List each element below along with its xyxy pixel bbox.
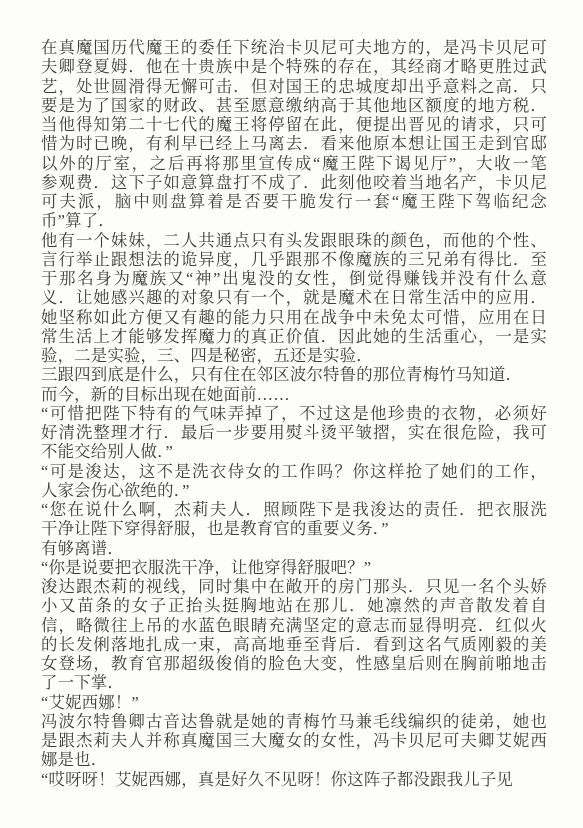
text-line: 艺，处世圆滑得无懈可击．但对国王的忠城度却出乎意料之高．只 <box>41 77 547 96</box>
text-line: 验，二是实验，三、四是秘密，五还是实验． <box>41 346 547 365</box>
text-line: 有够离谱． <box>41 539 547 558</box>
text-line: 冯波尔特鲁卿古音达鲁就是她的青梅竹马兼毛线编织的徒弟，她也 <box>41 712 547 731</box>
text-line: 而今，新的目标出现在她面前…… <box>41 385 547 404</box>
paragraph: “你是说要把衣服洗干净，让他穿得舒服吧？” <box>41 558 547 577</box>
text-line: 浚达跟杰莉的视线，同时集中在敞开的房门那头．只见一名个头娇 <box>41 577 547 596</box>
text-line: 人家会伤心欲绝的．” <box>41 481 547 500</box>
text-line: 义．让她感兴趣的对象只有一个，就是魔术在日常生活中的应用． <box>41 288 547 307</box>
text-line: 币”算了． <box>41 211 547 230</box>
text-line: 是跟杰莉夫人并称真魔国三大魔女的女性，冯卡贝尼可夫卿艾妮西 <box>41 731 547 750</box>
paragraph: “艾妮西娜！” <box>41 693 547 712</box>
paragraph: “可惜把陛下特有的气味弄掉了，不过这是他珍贵的衣物，必须好好清洗整理才行．最后一… <box>41 404 547 462</box>
text-line: “你是说要把衣服洗干净，让他穿得舒服吧？” <box>41 558 547 577</box>
text-line: “哎呀呀！艾妮西娜，真是好久不见呀！你这阵子都没跟我儿子见 <box>41 770 547 789</box>
text-line: 要是为了国家的财政、甚至愿意缴纳高于其他地区额度的地方税． <box>41 96 547 115</box>
text-line: “您在说什么啊，杰莉夫人．照顾陛下是我浚达的责任．把衣服洗 <box>41 500 547 519</box>
text-line: 她坚称如此方便又有趣的能力只用在战争中未免太可惜，应用在日 <box>41 308 547 327</box>
text-line: 不能交给别人做．” <box>41 442 547 461</box>
text-line: 参观费．这下子如意算盘打不成了．此刻他咬着当地名产，卡贝尼 <box>41 173 547 192</box>
text-line: “可惜把陛下特有的气味弄掉了，不过这是他珍贵的衣物，必须好 <box>41 404 547 423</box>
text-line: 干净让陛下穿得舒服，也是教育官的重要义务．” <box>41 519 547 538</box>
text-line: 以外的厅室，之后再将那里宣传成“魔王陛下谒见厅”，大收一笔 <box>41 154 547 173</box>
text-line: 于那名身为魔族又“神”出鬼没的女性，倒觉得赚钱并没有什么意 <box>41 269 547 288</box>
paragraph: 冯波尔特鲁卿古音达鲁就是她的青梅竹马兼毛线编织的徒弟，她也是跟杰莉夫人并称真魔国… <box>41 712 547 770</box>
text-line: 娜是也． <box>41 750 547 769</box>
text-line: 三跟四到底是什么，只有住在邻区波尔特鲁的那位青梅竹马知道． <box>41 365 547 384</box>
text-line: 了一下掌． <box>41 673 547 692</box>
text-line: 好清洗整理才行．最后一步要用熨斗烫平皱摺，实在很危险，我可 <box>41 423 547 442</box>
text-line: 夫卿登夏姆．他在十贵族中是个特殊的存在，其经商才略更胜过武 <box>41 57 547 76</box>
text-line: “可是浚达，这不是洗衣侍女的工作吗？你这样抢了她们的工作， <box>41 462 547 481</box>
text-line: 常生活上才能够发挥魔力的真正价值．因此她的生活重心，一是实 <box>41 327 547 346</box>
text-line: 言行举止跟想法的诡异度，几乎跟那不像魔族的三兄弟有得比．至 <box>41 250 547 269</box>
text-line: 他有一个妹妹，二人共通点只有头发跟眼珠的颜色，而他的个性、 <box>41 231 547 250</box>
text-line: 信，略微往上吊的水蓝色眼睛充满坚定的意志而显得明亮．红似火 <box>41 616 547 635</box>
paragraph: 三跟四到底是什么，只有住在邻区波尔特鲁的那位青梅竹马知道． <box>41 365 547 384</box>
paragraph: 而今，新的目标出现在她面前…… <box>41 385 547 404</box>
page-text: 在真魔国历代魔王的委任下统治卡贝尼可夫地方的，是冯卡贝尼可夫卿登夏姆．他在十贵族… <box>41 38 547 789</box>
text-line: 可夫派，脑中则盘算着是否要干脆发行一套“魔王陛下驾临纪念 <box>41 192 547 211</box>
text-line: 惜为时已晚，有利早已经上马离去．看来他原本想让国王走到官邸 <box>41 134 547 153</box>
text-line: 的长发俐落地扎成一束，高高地垂至背后．看到这名气质刚毅的美 <box>41 635 547 654</box>
paragraph: 浚达跟杰莉的视线，同时集中在敞开的房门那头．只见一名个头娇小又苗条的女子正抬头挺… <box>41 577 547 693</box>
text-line: 女登场，教育官那超级俊俏的脸色大变，性感皇后则在胸前啪地击 <box>41 654 547 673</box>
paragraph: 他有一个妹妹，二人共通点只有头发跟眼珠的颜色，而他的个性、言行举止跟想法的诡异度… <box>41 231 547 366</box>
paragraph: 在真魔国历代魔王的委任下统治卡贝尼可夫地方的，是冯卡贝尼可夫卿登夏姆．他在十贵族… <box>41 38 547 231</box>
text-line: 在真魔国历代魔王的委任下统治卡贝尼可夫地方的，是冯卡贝尼可 <box>41 38 547 57</box>
paragraph: “您在说什么啊，杰莉夫人．照顾陛下是我浚达的责任．把衣服洗干净让陛下穿得舒服，也… <box>41 500 547 539</box>
paragraph: 有够离谱． <box>41 539 547 558</box>
text-line: “艾妮西娜！” <box>41 693 547 712</box>
text-line: 当他得知第二十七代的魔王将停留在此，便提出晋见的请求，只可 <box>41 115 547 134</box>
paragraph: “可是浚达，这不是洗衣侍女的工作吗？你这样抢了她们的工作，人家会伤心欲绝的．” <box>41 462 547 501</box>
paragraph: “哎呀呀！艾妮西娜，真是好久不见呀！你这阵子都没跟我儿子见 <box>41 770 547 789</box>
text-line: 小又苗条的女子正抬头挺胸地站在那儿．她凛然的声音散发着自 <box>41 596 547 615</box>
book-page: 在真魔国历代魔王的委任下统治卡贝尼可夫地方的，是冯卡贝尼可夫卿登夏姆．他在十贵族… <box>0 0 583 828</box>
